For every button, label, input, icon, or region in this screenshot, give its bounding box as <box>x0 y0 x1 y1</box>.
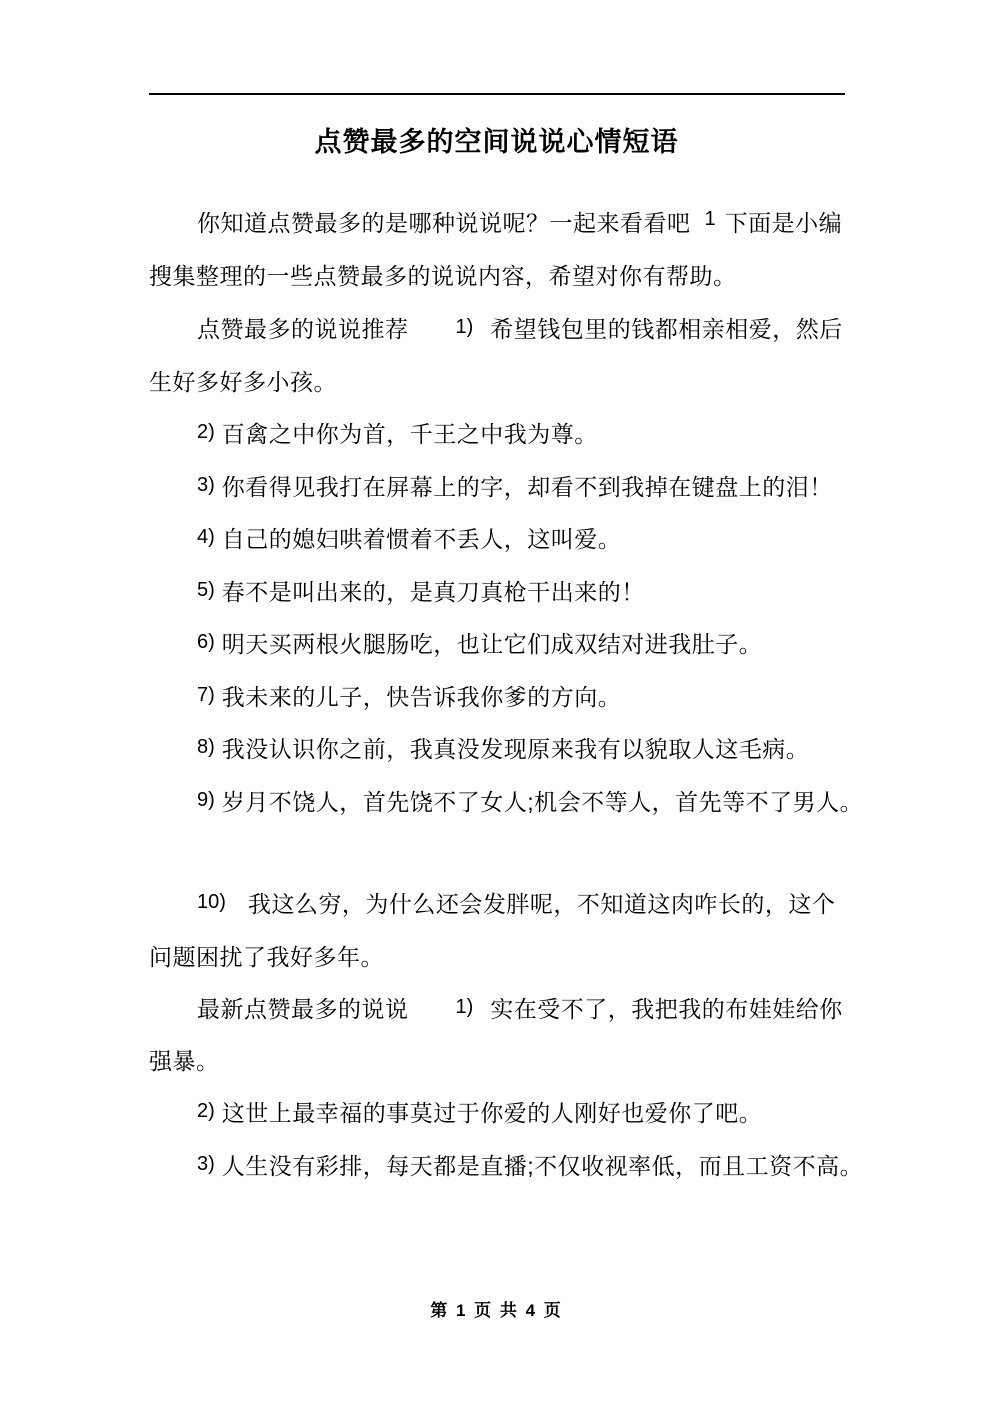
list-item: 3)人生没有彩排，每天都是直播;不仅收视率低，而且工资不高。 <box>149 1153 929 1182</box>
list-item-number: 2) <box>197 1098 215 1125</box>
list-item: 6)明天买两根火腿肠吃，也让它们成双结对进我肚子。 <box>149 631 929 660</box>
section1-heading-line: 点赞最多的说说推荐1)希望钱包里的钱都相亲相爱，然后 <box>149 316 929 345</box>
list-item-text: 人生没有彩排，每天都是直播;不仅收视率低，而且工资不高。 <box>222 1153 863 1179</box>
list-item-number: 7) <box>197 682 215 709</box>
document-page: 点赞最多的空间说说心情短语 你知道点赞最多的是哪种说说呢？一起来看看吧1下面是小… <box>0 0 993 1404</box>
list-item-text: 岁月不饶人，首先饶不了女人;机会不等人，首先等不了男人。 <box>222 789 863 815</box>
list-item-text: 这世上最幸福的事莫过于你爱的人刚好也爱你了吧。 <box>222 1100 763 1126</box>
page-footer: 第 1 页 共 4 页 <box>0 1296 993 1321</box>
section2-heading-line: 最新点赞最多的说说1)实在受不了，我把我的布娃娃给你 <box>149 996 929 1025</box>
list-item: 2)这世上最幸福的事莫过于你爱的人刚好也爱你了吧。 <box>149 1100 929 1129</box>
list-item: 3)你看得见我打在屏幕上的字，却看不到我掉在键盘上的泪！ <box>149 474 929 503</box>
list-item-number: 5) <box>197 577 215 604</box>
list-item: 8)我没认识你之前，我真没发现原来我有以貌取人这毛病。 <box>149 736 929 765</box>
list-item-text: 自己的媳妇哄着惯着不丢人，这叫爱。 <box>222 526 622 552</box>
list-item-number: 3) <box>197 472 215 499</box>
list-item-number: 6) <box>197 629 215 656</box>
list-item: 2)百禽之中你为首，千王之中我为尊。 <box>149 421 929 450</box>
intro-text-2: 下面是小编 <box>725 210 843 236</box>
list-item-number: 4) <box>197 524 215 551</box>
list-item-text: 希望钱包里的钱都相亲相爱，然后 <box>490 316 843 342</box>
list-item-text: 我未来的儿子，快告诉我你爹的方向。 <box>222 684 622 710</box>
list-item: 9)岁月不饶人，首先饶不了女人;机会不等人，首先等不了男人。 <box>149 789 929 818</box>
page-title: 点赞最多的空间说说心情短语 <box>0 126 993 158</box>
list-item-number: 1) <box>456 994 474 1021</box>
list-item: 4)自己的媳妇哄着惯着不丢人，这叫爱。 <box>149 526 929 555</box>
list-item-number: 10) <box>197 889 226 916</box>
list-item-text-wrap: 生好多好多小孩。 <box>149 369 929 396</box>
list-item-text: 你看得见我打在屏幕上的字，却看不到我掉在键盘上的泪！ <box>222 474 833 500</box>
list-item-number: 3) <box>197 1151 215 1178</box>
intro-line-2: 搜集整理的一些点赞最多的说说内容，希望对你有帮助。 <box>149 263 929 290</box>
list-item-text: 实在受不了，我把我的布娃娃给你 <box>490 996 843 1022</box>
list-item-number: 9) <box>197 787 215 814</box>
list-item-text: 我这么穷，为什么还会发胖呢，不知道这肉咋长的，这个 <box>248 891 836 917</box>
header-rule <box>149 93 845 95</box>
intro-marker: 1 <box>705 206 716 233</box>
list-item-number: 1) <box>456 314 474 341</box>
list-item-text: 百禽之中你为首，千王之中我为尊。 <box>222 421 598 447</box>
list-item-number: 8) <box>197 734 215 761</box>
list-item-text-wrap: 强暴。 <box>149 1048 929 1075</box>
list-item-number: 2) <box>197 419 215 446</box>
section1-heading: 点赞最多的说说推荐 <box>197 316 409 342</box>
list-item: 5)春不是叫出来的，是真刀真枪干出来的！ <box>149 579 929 608</box>
list-item-text: 明天买两根火腿肠吃，也让它们成双结对进我肚子。 <box>222 631 763 657</box>
list-item: 10)我这么穷，为什么还会发胖呢，不知道这肉咋长的，这个 <box>149 891 929 920</box>
section2-heading: 最新点赞最多的说说 <box>197 996 409 1022</box>
list-item-text-wrap: 问题困扰了我好多年。 <box>149 944 929 971</box>
list-item-text: 我没认识你之前，我真没发现原来我有以貌取人这毛病。 <box>222 736 810 762</box>
list-item: 7)我未来的儿子，快告诉我你爹的方向。 <box>149 684 929 713</box>
intro-text-1: 你知道点赞最多的是哪种说说呢？一起来看看吧 <box>197 210 691 236</box>
list-item-text: 春不是叫出来的，是真刀真枪干出来的！ <box>222 579 645 605</box>
intro-line-1: 你知道点赞最多的是哪种说说呢？一起来看看吧1下面是小编 <box>149 210 929 239</box>
